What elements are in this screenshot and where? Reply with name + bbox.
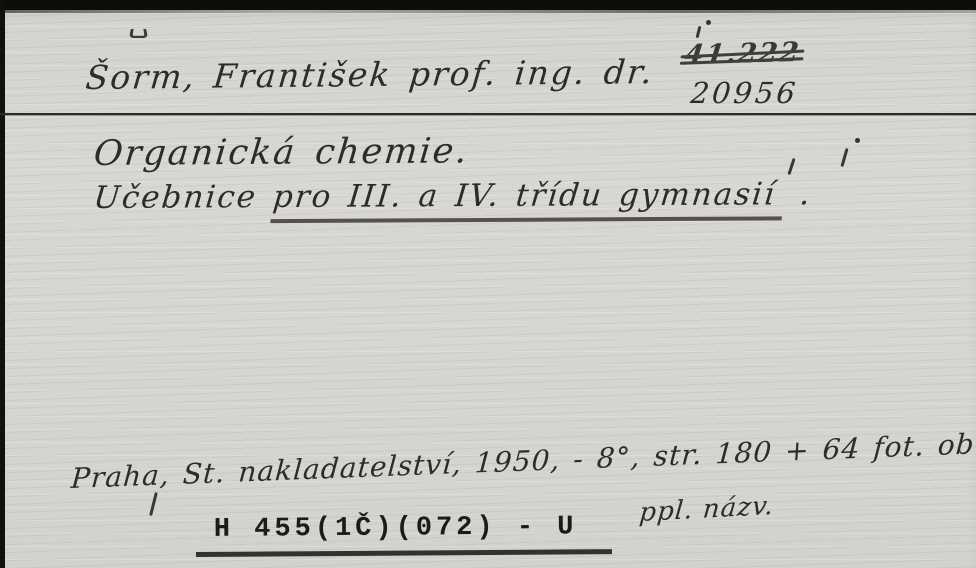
stray-tick-mark (696, 26, 702, 38)
book-subtitle: Učebnice pro III. a IV. třídu gymnasií . (92, 176, 814, 216)
floating-accent-dot (855, 138, 860, 143)
subtitle-underlined-part: pro III. a IV. třídu gymnasií (270, 176, 785, 223)
scan-edge-left (0, 0, 5, 568)
subtitle-suffix: . (782, 176, 813, 212)
accession-number: 20956 (689, 76, 800, 110)
scan-edge-top (0, 0, 976, 10)
floating-accent-mark (840, 148, 848, 167)
stray-slash-mark (149, 492, 158, 516)
book-title: Organická chemie. (92, 131, 471, 174)
floating-caron-mark (129, 29, 148, 38)
subtitle-prefix: Učebnice (92, 179, 275, 216)
author-heading: Šorm, František prof. ing. dr. (84, 52, 656, 97)
imprint-line: Praha, St. nakladatelství, 1950, - 8°, s… (70, 427, 976, 495)
header-rule-line (0, 113, 976, 115)
handwritten-note: ppl. názv. (638, 491, 775, 528)
catalog-card-scan: Šorm, František prof. ing. dr. 41.222 20… (0, 0, 976, 568)
old-number-struck-through: 41.222 (683, 37, 802, 71)
floating-comma-mark (787, 158, 795, 175)
stray-dot-mark (706, 20, 711, 25)
classification-code: H 455(1Č)(072) - U (196, 512, 612, 557)
